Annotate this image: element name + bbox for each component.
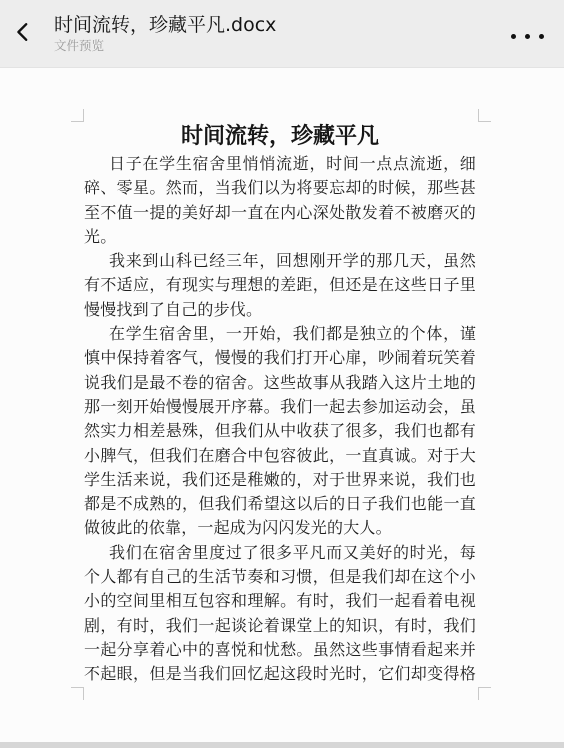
page-margin-mark-top-left [71,109,84,122]
document-page: 时间流转，珍藏平凡 日子在学生宿舍里悄悄流逝，时间一点点流逝，细碎、零星。然而，… [84,122,476,687]
back-button[interactable] [0,0,46,68]
file-name-title: 时间流转，珍藏平凡.docx [54,13,499,37]
ellipsis-icon [511,34,544,39]
document-title: 时间流转，珍藏平凡 [84,122,476,152]
page-gap-strip [0,742,564,748]
page-margin-mark-bottom-left [71,687,84,700]
chevron-left-icon [12,21,34,46]
document-paragraph: 日子在学生宿舍里悄悄流逝，时间一点点流逝，细碎、零星。然而，当我们以为将要忘却的… [84,152,476,249]
document-paragraph: 我来到山科已经三年，回想刚开学的那几天，虽然有不适应，有现实与理想的差距，但还是… [84,249,476,322]
document-preview-area[interactable]: 时间流转，珍藏平凡 日子在学生宿舍里悄悄流逝，时间一点点流逝，细碎、零星。然而，… [0,69,564,748]
page-margin-mark-bottom-right [478,687,491,700]
header-bar: 时间流转，珍藏平凡.docx 文件预览 [0,0,564,68]
document-paragraph: 在学生宿舍里，一开始，我们都是独立的个体，谨慎中保持着客气，慢慢的我们打开心扉，… [84,322,476,541]
document-paragraph: 我们在宿舍里度过了很多平凡而又美好的时光，每个人都有自己的生活节奏和习惯，但是我… [84,541,476,687]
file-preview-screen: 时间流转，珍藏平凡.docx 文件预览 时间流转，珍藏平凡 日子在学生宿舍里悄悄… [0,0,564,748]
preview-mode-label: 文件预览 [54,38,499,54]
header-title-block: 时间流转，珍藏平凡.docx 文件预览 [54,13,499,54]
more-menu-button[interactable] [499,0,564,68]
page-margin-mark-top-right [478,109,491,122]
